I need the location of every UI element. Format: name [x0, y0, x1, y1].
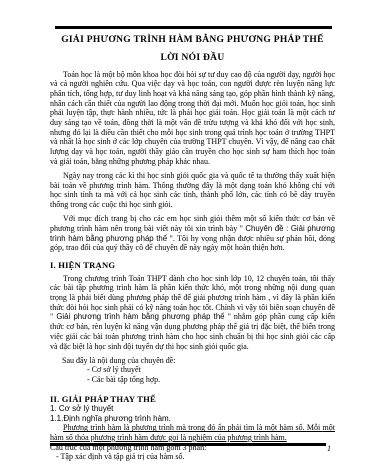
definition-text: Phương trình hàm là phương trình mà tron… — [50, 423, 335, 442]
contents-item-exercises: - Các bài tập tổng hợp. — [50, 375, 335, 385]
section-2-sub-1-1: 1.1.Định nghĩa phương trình hàm. — [50, 414, 335, 424]
foreword-paragraph-2: Ngày nay trong các kì thi học sinh giỏi … — [50, 171, 335, 210]
foreword-paragraph-3: Với mục đích trang bị cho các em học sin… — [50, 214, 335, 253]
footer-rule — [50, 443, 326, 446]
foreword-heading: LỜI NÓI ĐẦU — [50, 53, 335, 63]
section-1-paragraph: Trong chương trình Toán THPT dành cho họ… — [50, 274, 335, 352]
section-2-heading: II. GIẢI PHÁP THAY THẾ — [50, 394, 335, 404]
contents-intro-line: Sau đây là nội dung của chuyên đề: — [50, 356, 335, 366]
contents-item-theory: - Cơ sở lý thuyết — [50, 365, 335, 375]
section-1-heading: I. HIỆN TRẠNG — [50, 260, 335, 270]
header-rule — [55, 26, 332, 29]
page-content: GIẢI PHƯƠNG TRÌNH HÀM BẰNG PHƯƠNG PHÁP T… — [0, 0, 366, 462]
topic-title-inline-2: Giải phương trình hàm bằng phương pháp t… — [56, 312, 224, 321]
document-page: GIẢI PHƯƠNG TRÌNH HÀM BẰNG PHƯƠNG PHÁP T… — [0, 0, 366, 473]
structure-bullet-domain: - Tập xác định và tập giá trị của hàm số… — [50, 452, 335, 462]
foreword-paragraph-1: Toán học là một bộ môn khoa học đòi hỏi … — [50, 70, 335, 167]
section-2-sub-1: 1. Cơ sở lý thuyết — [50, 404, 335, 414]
document-title: GIẢI PHƯƠNG TRÌNH HÀM BẰNG PHƯƠNG PHÁP T… — [50, 35, 335, 45]
definition-paragraph: Phương trình hàm là phương trình mà tron… — [50, 423, 335, 442]
page-number: 1 — [327, 444, 331, 453]
